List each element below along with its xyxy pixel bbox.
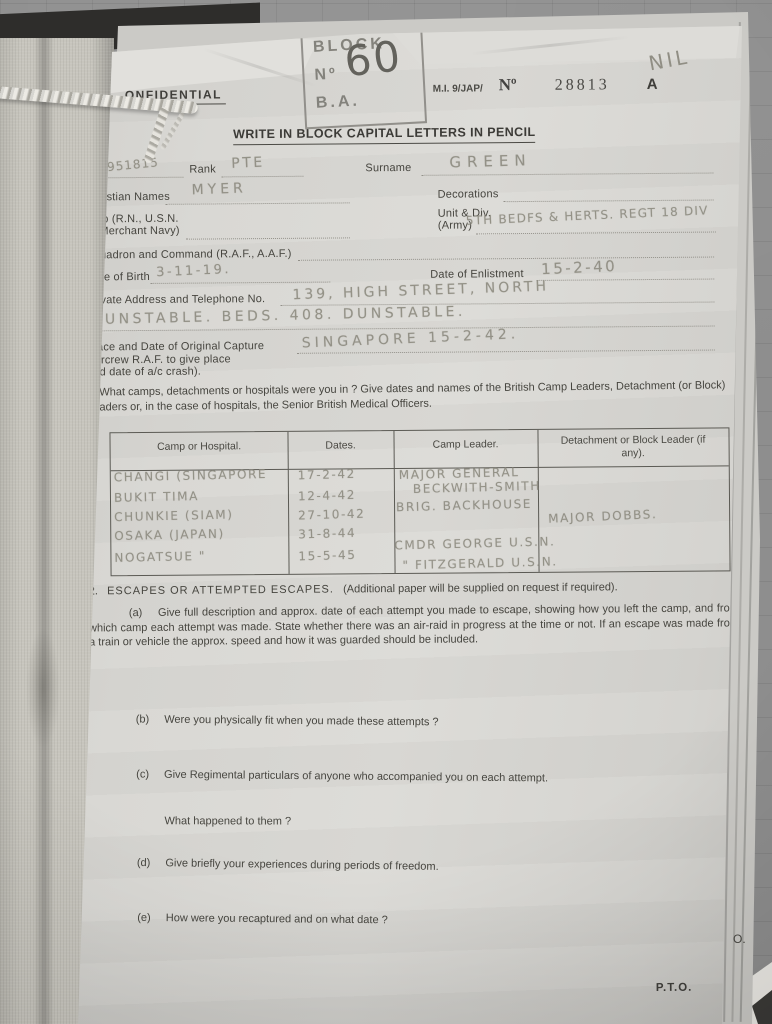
form-page: CO ONFIDENTIAL BLOCK Nº B.A. 60 M.I. 9/J… (0, 0, 772, 1024)
camp-entry: OSAKA (JAPAN) (114, 527, 225, 543)
rule (298, 257, 714, 261)
underlying-pto-fragment: O. (733, 932, 746, 946)
col-header-leader: Camp Leader. (393, 430, 537, 452)
date-entry: 31-8-44 (298, 526, 356, 542)
rule (297, 350, 715, 354)
field-label-squadron: Squadron and Command (R.A.F., A.A.F.) (86, 248, 292, 263)
question-2d: (d) Give briefly your experiences during… (137, 857, 439, 874)
rule (166, 202, 350, 204)
entry-surname: GREEN (449, 151, 532, 171)
block-number-handwritten: 60 (342, 31, 405, 86)
camp-entry: CHUNKIE (SIAM) (114, 507, 234, 524)
question-2b: (b) Were you physically fit when you mad… (136, 713, 439, 729)
entry-enlistment: 15-2-40 (541, 257, 618, 278)
field-label-rank: Rank (189, 163, 216, 176)
camp-entry: NOGATSUE " (114, 549, 206, 565)
form-content: ONFIDENTIAL BLOCK Nº B.A. 60 M.I. 9/JAP/… (0, 0, 772, 1024)
pencil-nil-note: NIL (647, 44, 692, 75)
date-entry: 27-10-42 (298, 507, 366, 523)
field-label-surname: Surname (365, 162, 411, 175)
entry-address-2: DUNSTABLE. BEDS. 408. DUNSTABLE. (90, 304, 466, 328)
serial-suffix: A (647, 76, 658, 93)
camp-table: Camp or Hospital. Dates. Camp Leader. De… (109, 427, 730, 576)
question-2c-followup: What happened to them ? (165, 815, 292, 828)
rule (536, 279, 714, 281)
question-2c: (c) Give Regimental particulars of anyon… (136, 768, 548, 785)
rule (421, 173, 713, 176)
question-1-text: 1. What camps, detachments or hospitals … (87, 378, 735, 414)
instruction-title: WRITE IN BLOCK CAPITAL LETTERS IN PENCIL (233, 125, 535, 145)
question-2-title: ESCAPES OR ATTEMPTED ESCAPES. (107, 584, 334, 598)
question-2e: (e) How were you recaptured and on what … (137, 912, 388, 927)
rule (97, 177, 183, 179)
question-2a-label: (a) (129, 607, 143, 619)
camp-leader-entry: " FITZGERALD U.S.N. (402, 554, 558, 572)
entry-dob: 3-11-19. (156, 262, 231, 280)
entry-unit: 5TH BEDFS & HERTS. REGT 18 DIV (466, 203, 709, 227)
rule (221, 176, 303, 178)
question-2a-text: Give full description and approx. date o… (89, 602, 739, 648)
rule (186, 237, 350, 239)
spine-crease (34, 38, 54, 1024)
field-label-capture-3: and date of a/c crash). (87, 366, 201, 380)
entry-christian-names: MYER (191, 180, 247, 198)
question-2-heading: 2. ESCAPES OR ATTEMPTED ESCAPES. (Additi… (89, 579, 739, 599)
field-label-decorations: Decorations (438, 188, 499, 201)
mi9-reference: M.I. 9/JAP/ (433, 83, 483, 94)
pto-footer: P.T.O. (656, 982, 693, 994)
serial-number: 28813 (555, 76, 610, 94)
rule (150, 282, 330, 284)
photo-scene: O. CO ONFIDENTIAL BLOCK Nº B.A. 60 M.I. … (0, 0, 772, 1024)
col-header-dates: Dates. (287, 431, 393, 453)
camp-entry: CHANGI (SINGAPORE (114, 467, 268, 484)
serial-prefix: Nº (499, 75, 517, 95)
question-2-note: (Additional paper will be supplied on re… (343, 581, 618, 595)
field-label-capture: Place and Date of Original Capture (87, 340, 265, 354)
col-header-detachment: Detachment or Block Leader (if any). (537, 428, 728, 460)
date-entry: 15-5-45 (298, 548, 356, 564)
field-label-address: Private Address and Telephone No. (86, 293, 265, 307)
question-2a: (a) Give full description and approx. da… (89, 601, 739, 650)
col-header-camp: Camp or Hospital. (110, 432, 287, 454)
date-entry: 17-2-42 (298, 467, 356, 483)
spine-stain (26, 628, 60, 748)
entry-rank: PTE (231, 154, 265, 171)
rule (476, 232, 716, 235)
camp-entry: BUKIT TIMA (114, 489, 199, 505)
entry-address-1: 139, HIGH STREET, NORTH (292, 278, 549, 303)
entry-capture: SINGAPORE 15-2-42. (301, 326, 519, 351)
date-entry: 12-4-42 (298, 488, 356, 504)
rule (280, 302, 714, 306)
rule (504, 200, 714, 203)
